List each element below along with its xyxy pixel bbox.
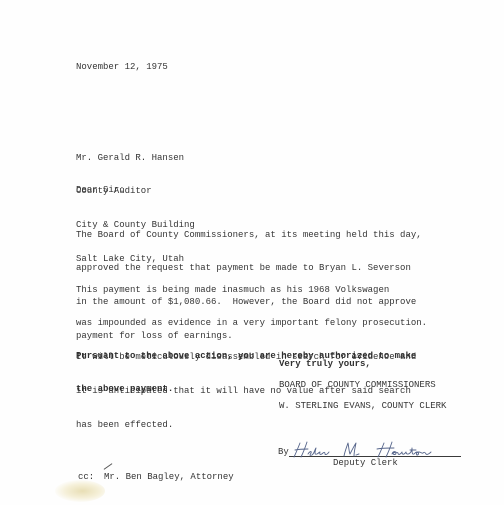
cc-recipient: Mr. Ben Bagley, Attorney: [104, 472, 234, 483]
check-mark-icon: [104, 463, 113, 470]
signatory-name: W. STERLING EVANS, COUNTY CLERK: [279, 401, 446, 412]
recipient-name: Mr. Gerald R. Hansen: [76, 153, 195, 164]
letter-date: November 12, 1975: [76, 62, 168, 73]
complimentary-close: Very truly yours,: [279, 359, 371, 370]
letter-page: November 12, 1975 Mr. Gerald R. Hansen C…: [0, 0, 504, 505]
cc-label: cc:: [78, 472, 94, 483]
paper-stain: [55, 480, 105, 502]
salutation: Dear Sir:: [76, 185, 125, 196]
paragraph-line: has been effected.: [76, 420, 427, 431]
by-label: By: [278, 447, 289, 458]
handwritten-signature: [292, 440, 462, 460]
paragraph-line: The Board of County Commissioners, at it…: [76, 230, 422, 241]
paragraph-line: This payment is being made inasmuch as h…: [76, 285, 427, 296]
signer-title: Deputy Clerk: [333, 458, 398, 469]
organization-name: BOARD OF COUNTY COMMISSIONERS: [279, 380, 436, 391]
